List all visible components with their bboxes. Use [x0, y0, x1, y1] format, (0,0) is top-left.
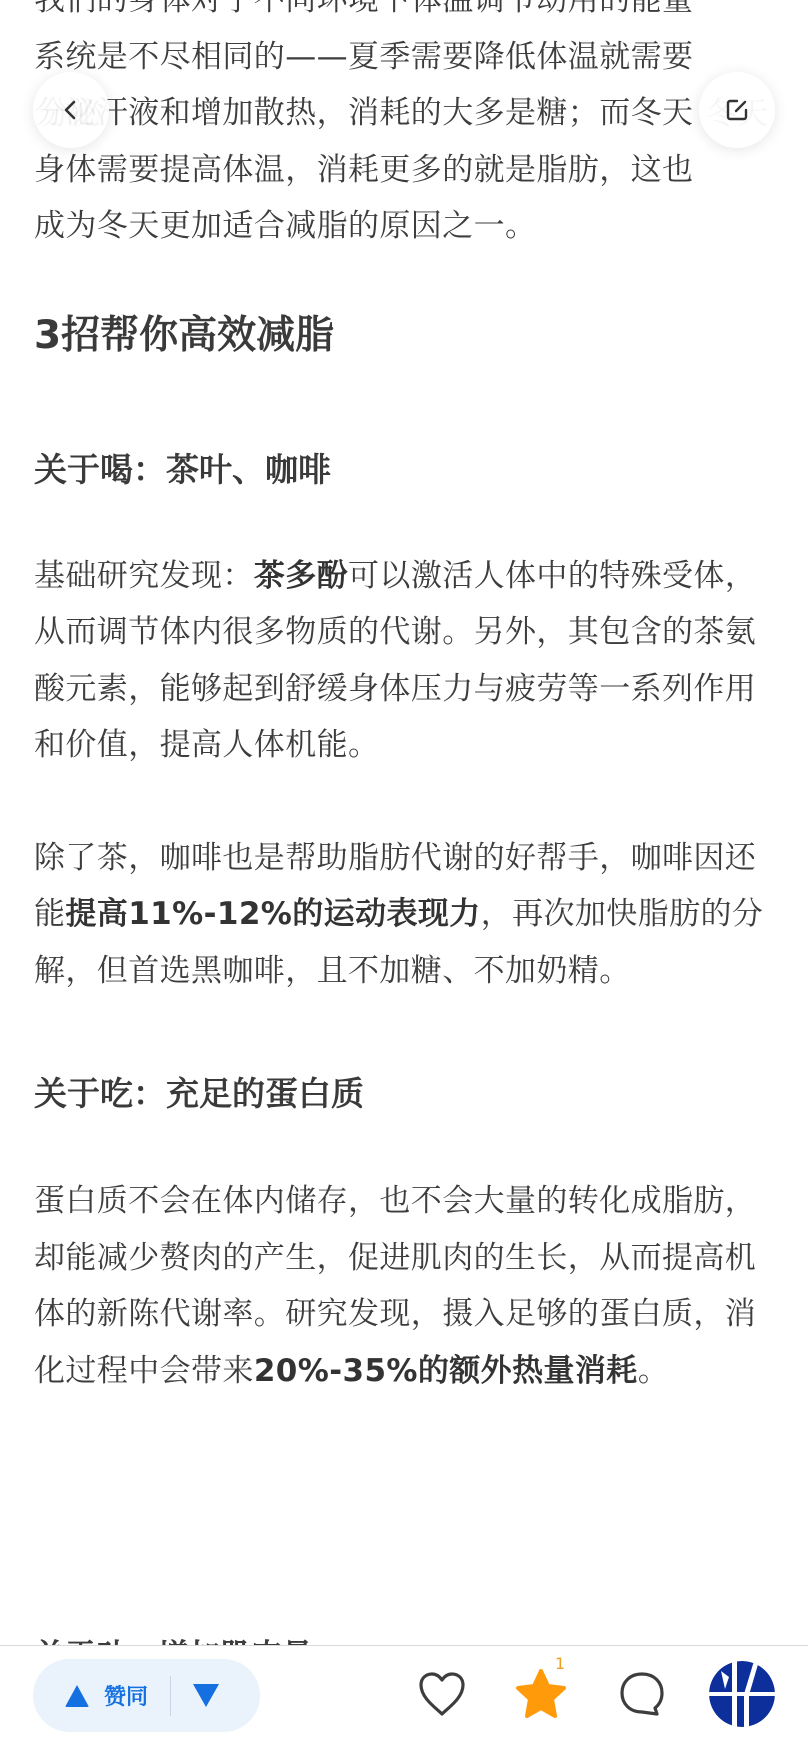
bold-text: 提高11%-12%的运动表现力 — [65, 896, 480, 932]
vote-group: 赞同 — [33, 1659, 260, 1732]
author-avatar[interactable] — [709, 1661, 775, 1727]
subheading-eat: 关于吃：充足的蛋白质 — [34, 1066, 776, 1122]
intro-line: 分泌汗液和增加散热，消耗的大多是糖；而冬天 — [34, 85, 776, 142]
intro-line: 成为冬天更加适合减脂的原因之一。 — [34, 198, 776, 255]
text: 基础研究发现： — [34, 558, 254, 594]
bold-text: 20%-35%的额外热量消耗 — [254, 1353, 638, 1389]
star-icon — [514, 1668, 568, 1720]
avatar-logo-icon — [709, 1661, 775, 1727]
intro-line: 系统是不尽相同的——夏季需要降低体温就需要 — [34, 29, 776, 86]
paragraph-coffee: 除了茶，咖啡也是帮助脂肪代谢的好帮手，咖啡因还能提高11%-12%的运动表现力，… — [34, 830, 776, 1000]
next-heading-peek: 关于动：增加肌肉量 — [34, 1628, 313, 1645]
comment-button[interactable] — [612, 1664, 672, 1724]
back-button[interactable]: 分泌 — [33, 72, 109, 148]
bold-text: 茶多酚 — [254, 558, 348, 594]
intro-paragraph: 我们的身体对于不同环境下体温调节动用的能量 系统是不尽相同的——夏季需要降低体温… — [34, 0, 776, 255]
upvote-label: 赞同 — [104, 1680, 148, 1711]
section-heading-main: 3招帮你高效减脂 — [34, 308, 776, 364]
text: 。 — [638, 1353, 669, 1389]
comment-bubble-icon — [617, 1670, 667, 1718]
upvote-button[interactable]: 赞同 — [33, 1659, 170, 1732]
paragraph-protein: 蛋白质不会在体内储存，也不会大量的转化成脂肪，却能减少赘肉的产生，促进肌肉的生长… — [34, 1173, 776, 1399]
heart-icon — [416, 1670, 468, 1718]
hidden-text: 分泌 — [40, 88, 102, 133]
paragraph-tea: 基础研究发现：茶多酚可以激活人体中的特殊受体，从而调节体内很多物质的代谢。另外，… — [34, 548, 776, 774]
favorite-count: 1 — [555, 1654, 565, 1673]
intro-line: 我们的身体对于不同环境下体温调节动用的能量 — [34, 0, 776, 29]
intro-line: 身体需要提高体温，消耗更多的就是脂肪，这也 — [34, 142, 776, 199]
like-button[interactable] — [412, 1664, 472, 1724]
subheading-drink: 关于喝：茶叶、咖啡 — [34, 442, 776, 498]
article-body: 我们的身体对于不同环境下体温调节动用的能量 系统是不尽相同的——夏季需要降低体温… — [34, 0, 776, 1399]
hidden-text: 冬天 — [706, 88, 768, 133]
bottom-action-bar: 赞同 1 — [0, 1645, 808, 1744]
downvote-button[interactable] — [171, 1659, 239, 1732]
triangle-down-icon — [193, 1684, 219, 1707]
triangle-up-icon — [65, 1685, 89, 1707]
favorite-button[interactable] — [511, 1664, 571, 1724]
share-button[interactable]: 冬天 — [699, 72, 775, 148]
